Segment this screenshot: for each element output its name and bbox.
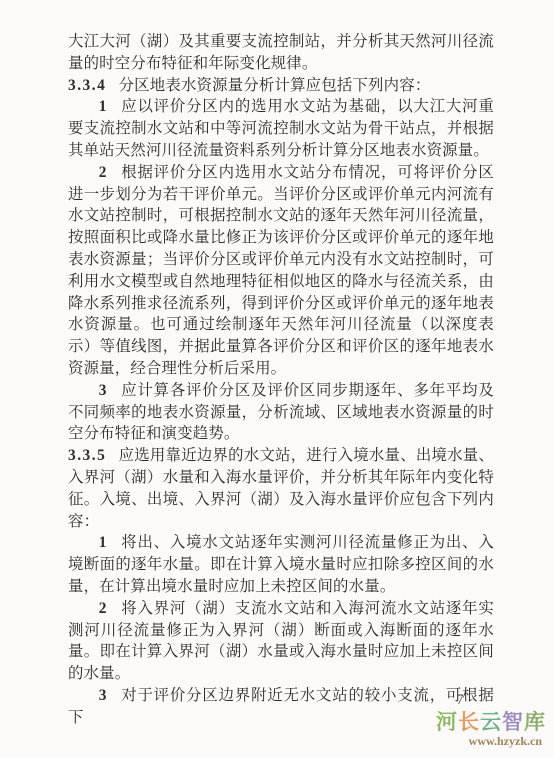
paragraph-text: 应选用靠近边界的水文站，进行入境水量、出境水量、入界河（湖）水量和入海水量评价，… xyxy=(68,447,494,529)
section-heading-3.3.5: 3.3.5应选用靠近边界的水文站，进行入境水量、出境水量、入界河（湖）水量和入海… xyxy=(68,445,494,532)
paragraph-number: 2 xyxy=(99,164,107,181)
watermark-logo-text: 河长云智库 xyxy=(396,712,546,733)
paragraph-number: 1 xyxy=(99,534,107,551)
continuation-paragraph: 大江大河（湖）及其重要支流控制站，并分析其天然河川径流量的时空分布特征和年际变化… xyxy=(68,31,494,75)
paragraph-text: 将入界河（湖）支流水文站和入海河流水文站逐年实测河川径流量修正为入界河（湖）断面… xyxy=(68,600,494,682)
watermark-char: 库 xyxy=(524,710,546,734)
paragraph-number: 3 xyxy=(99,382,107,399)
watermark-char: 智 xyxy=(502,710,524,734)
paragraph-text: 应计算各评价分区及评价区同步期逐年、多年平均及不同频率的地表水资源量，分析流域、… xyxy=(68,382,494,443)
watermark-char: 云 xyxy=(480,710,502,734)
list-item-2: 2根据评价分区内选用水文站分布情况，可将评价分区进一步划分为若干评价单元。当评价… xyxy=(68,162,494,380)
watermark: 河长云智库 www.hzyzk.cn xyxy=(396,712,546,747)
list-item-1: 1应以评价分区内的选用水文站为基础，以大江大河重要支流控制水文站和中等河流控制水… xyxy=(68,96,494,161)
watermark-char: 长 xyxy=(458,710,480,734)
section-heading-3.3.4: 3.3.4分区地表水资源量分析计算应包括下列内容： xyxy=(68,75,494,97)
watermark-char: 河 xyxy=(436,710,458,734)
list-item-1: 1将出、入境水文站逐年实测河川径流量修正为出、入境断面的逐年水量。即在计算入境水… xyxy=(68,532,494,597)
document-body: 大江大河（湖）及其重要支流控制站，并分析其天然河川径流量的时空分布特征和年际变化… xyxy=(68,31,494,729)
watermark-url: www.hzyzk.cn xyxy=(396,735,546,747)
paragraph-text: 分区地表水资源量分析计算应包括下列内容： xyxy=(119,77,431,94)
paragraph-text: 将出、入境水文站逐年实测河川径流量修正为出、入境断面的逐年水量。即在计算入境水量… xyxy=(68,534,494,595)
paragraph-number: 3 xyxy=(99,687,107,704)
list-item-3: 3应计算各评价分区及评价区同步期逐年、多年平均及不同频率的地表水资源量，分析流域… xyxy=(68,380,494,445)
paragraph-text: 根据评价分区内选用水文站分布情况，可将评价分区进一步划分为若干评价单元。当评价分… xyxy=(68,164,494,377)
page-number: 7 xyxy=(448,692,472,709)
list-item-2: 2将入界河（湖）支流水文站和入海河流水文站逐年实测河川径流量修正为入界河（湖）断… xyxy=(68,598,494,685)
paragraph-text: 应以评价分区内的选用水文站为基础，以大江大河重要支流控制水文站和中等河流控制水文… xyxy=(68,98,494,159)
paragraph-text: 大江大河（湖）及其重要支流控制站，并分析其天然河川径流量的时空分布特征和年际变化… xyxy=(68,33,494,72)
paragraph-number: 2 xyxy=(99,600,107,617)
paragraph-number: 1 xyxy=(99,98,107,115)
paragraph-number: 3.3.5 xyxy=(68,447,106,464)
document-page: 大江大河（湖）及其重要支流控制站，并分析其天然河川径流量的时空分布特征和年际变化… xyxy=(0,0,554,758)
paragraph-number: 3.3.4 xyxy=(68,77,106,94)
